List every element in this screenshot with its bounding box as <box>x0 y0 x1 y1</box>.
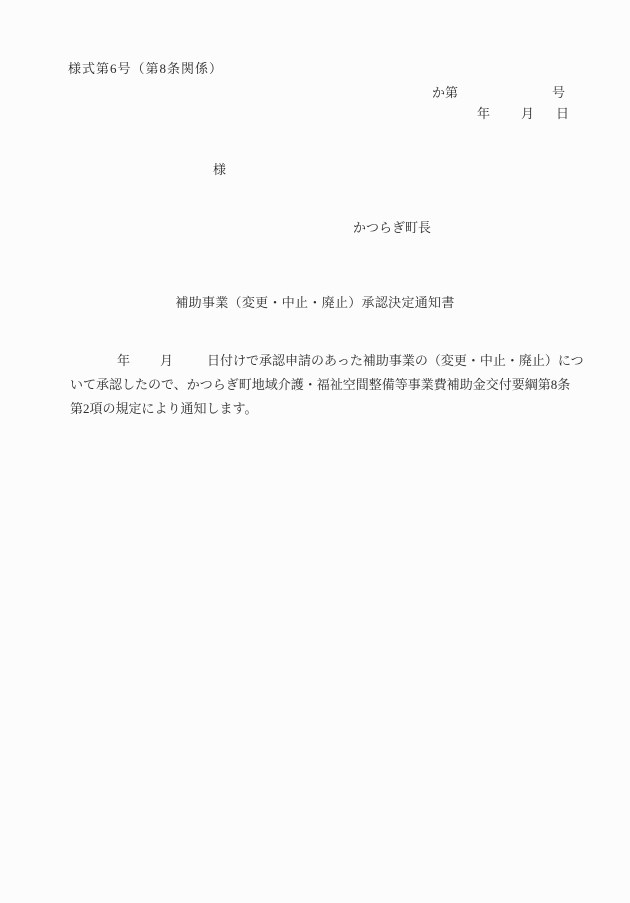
body-date-year-label: 年 <box>117 353 130 369</box>
reference-number-prefix: か第 <box>432 85 458 101</box>
body-date-month-label: 月 <box>160 353 173 369</box>
date-day-label: 日 <box>556 106 569 122</box>
body-line-3: 第2項の規定により通知します。 <box>70 401 257 417</box>
date-year-label: 年 <box>477 106 490 122</box>
reference-number-suffix: 号 <box>552 85 565 101</box>
form-number-label: 様式第6号（第8条関係） <box>68 61 223 77</box>
document-title: 補助事業（変更・中止・廃止）承認決定通知書 <box>0 295 630 311</box>
sender-title: かつらぎ町長 <box>353 220 431 236</box>
body-line-2: いて承認したので、かつらぎ町地域介護・福祉空間整備等事業費補助金交付要綱第8条 <box>70 377 570 393</box>
date-month-label: 月 <box>521 106 534 122</box>
body-line-1: 日付けで承認申請のあった補助事業の（変更・中止・廃止）につ <box>207 353 584 369</box>
addressee-honorific: 様 <box>213 162 226 178</box>
document-page: 様式第6号（第8条関係） か第 号 年 月 日 様 かつらぎ町長 補助事業（変更… <box>0 0 630 903</box>
